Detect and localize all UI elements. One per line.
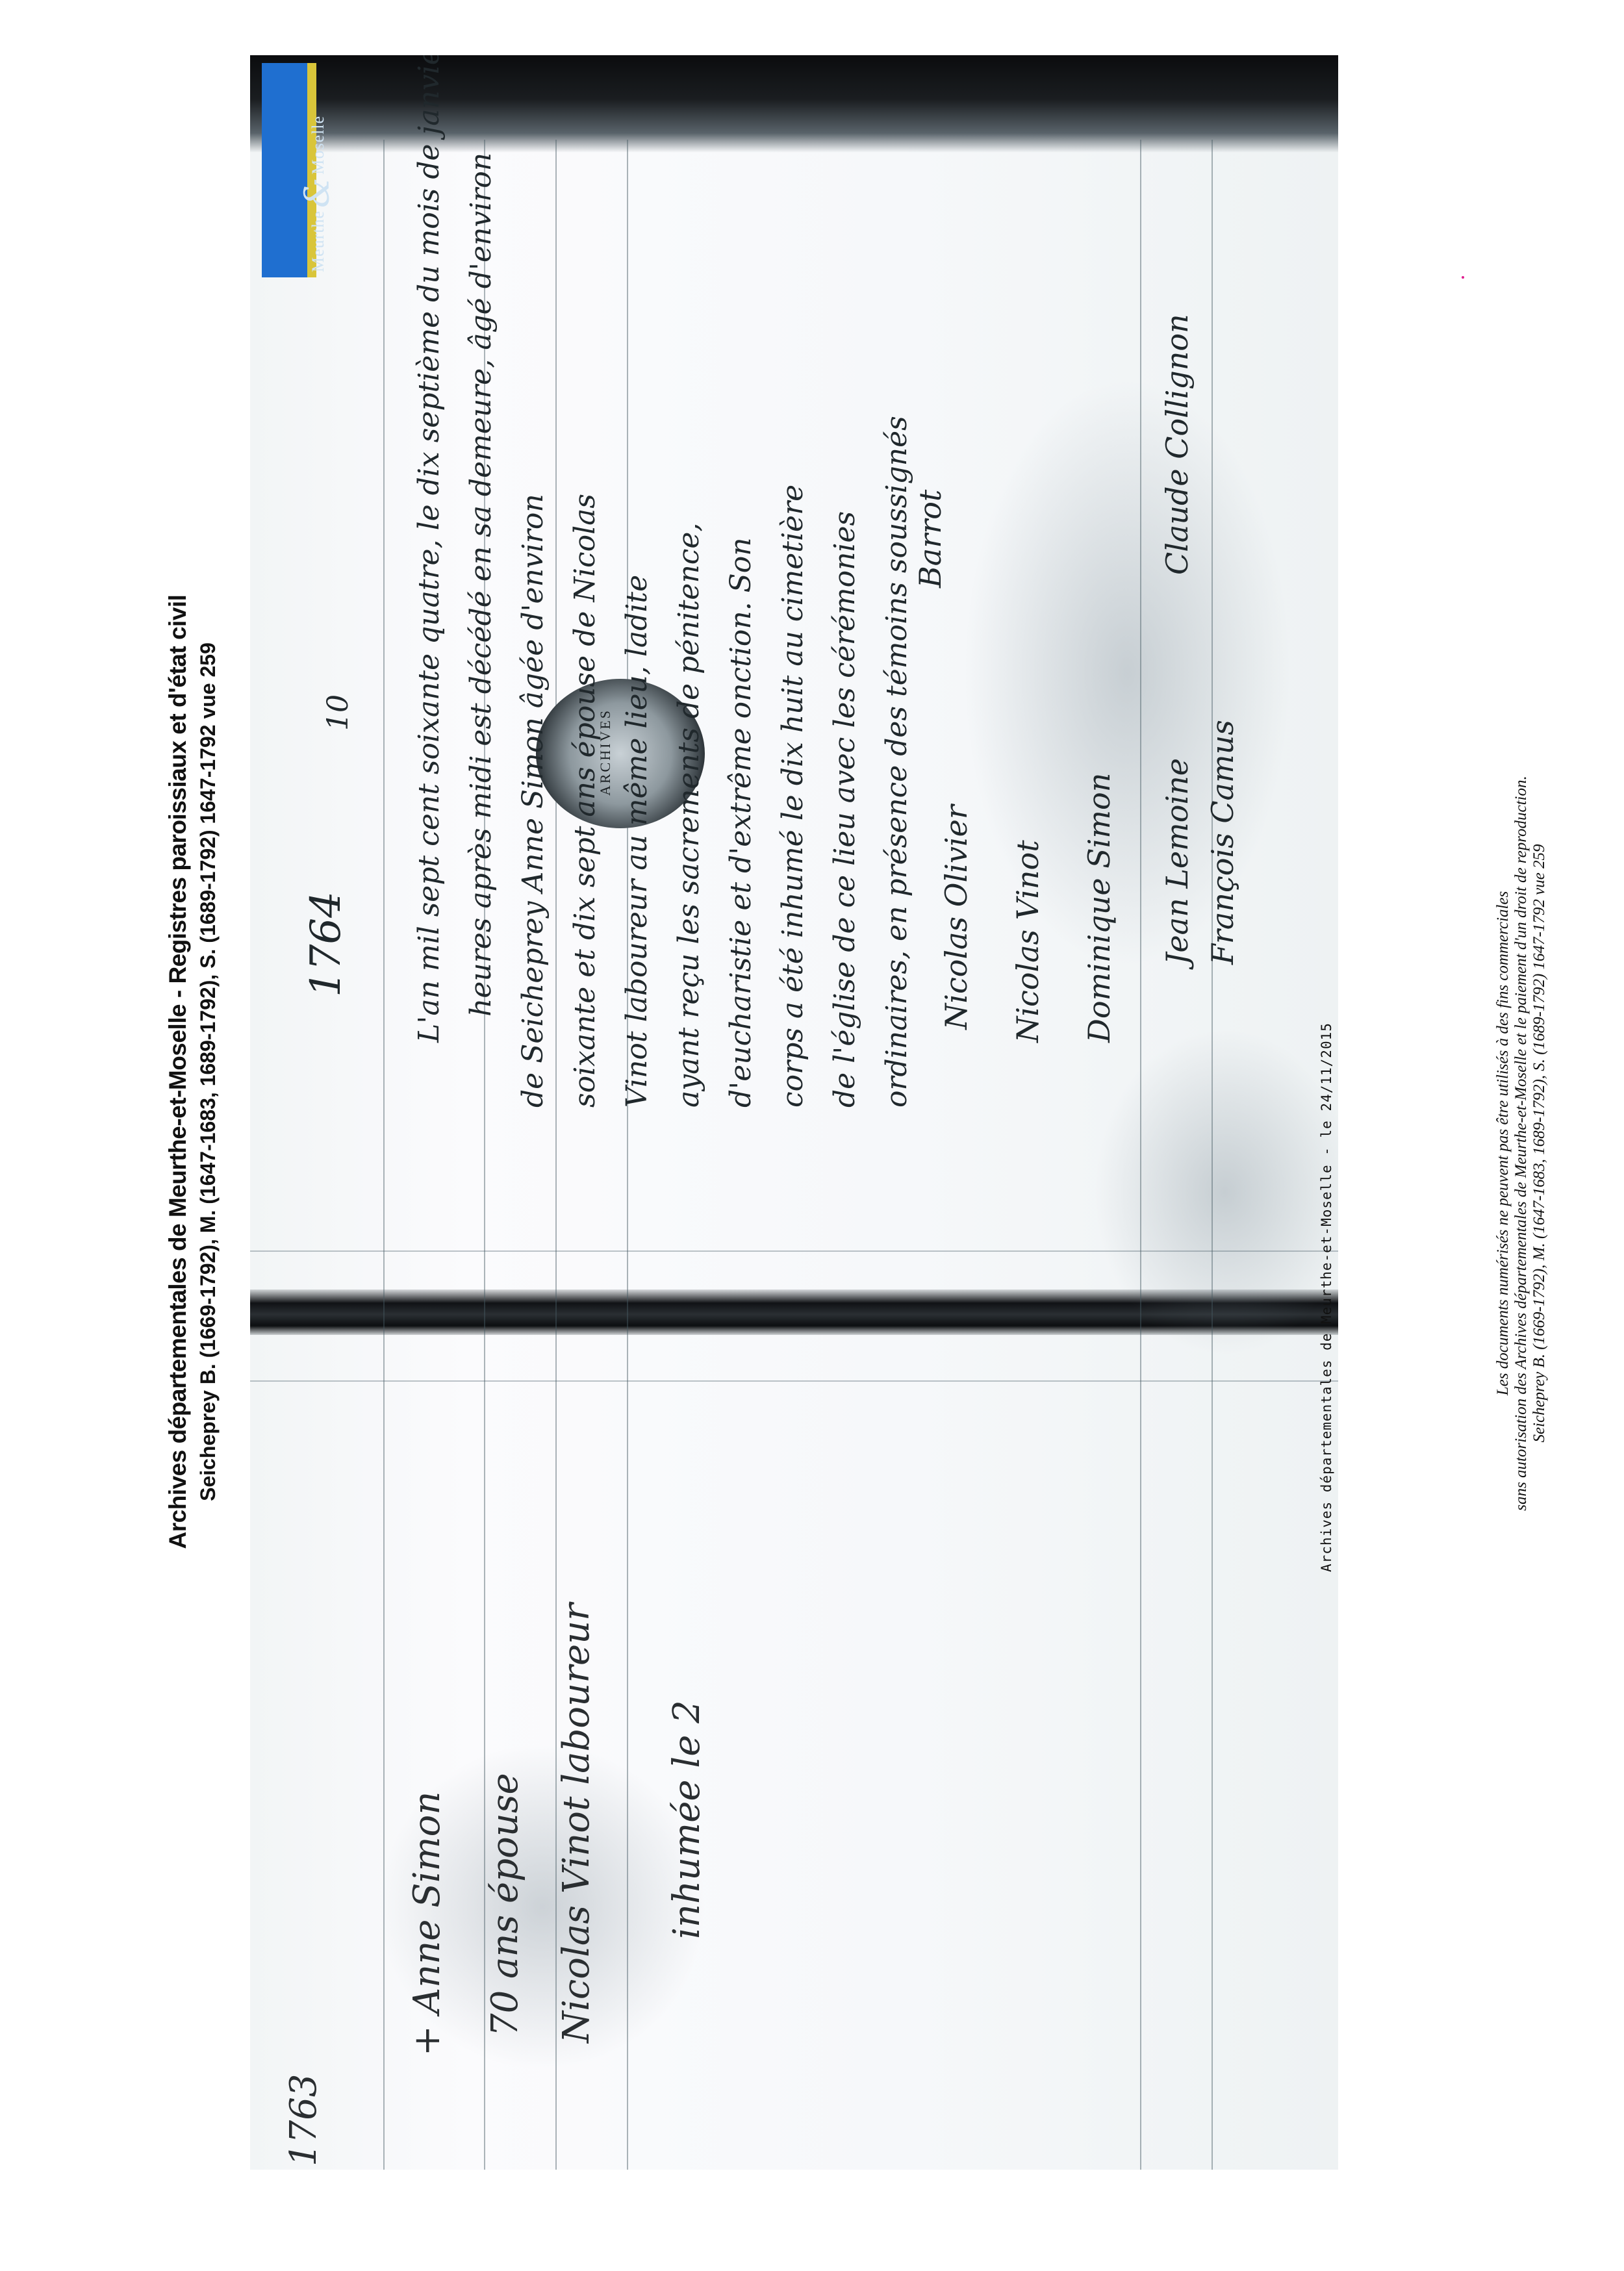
- signature: Barrot: [913, 490, 948, 588]
- entry-line: heures après midi est décédé en sa demeu…: [464, 153, 498, 1017]
- entry-line: d'eucharistie et d'extrême onction. Son: [724, 537, 757, 1108]
- entry-line: ayant reçu les sacrements de pénitence,: [672, 523, 705, 1108]
- ruled-line: [1212, 140, 1213, 2170]
- logo-text-left: Meurthe: [309, 210, 327, 272]
- archive-title: Archives départementales de Meurthe-et-M…: [162, 195, 194, 1949]
- entry-line: corps a été inhumé le dix huit au cimeti…: [776, 485, 809, 1108]
- disclaimer-line: Les documents numérisés ne peuvent pas ê…: [1494, 721, 1512, 1566]
- margin-note: + Anne Simon: [406, 1792, 448, 2056]
- archive-watermark: Archives départementales de Meurthe-et-M…: [1319, 1022, 1334, 1572]
- entry-number: 10: [322, 694, 355, 731]
- signature: Nicolas Olivier: [939, 805, 974, 1030]
- meurthe-et-moselle-logo: Meurthe&Moselle: [262, 63, 316, 277]
- signature: Dominique Simon: [1082, 773, 1117, 1043]
- signature: Claude Collignon: [1160, 314, 1195, 575]
- logo-text-right: Moselle: [309, 116, 327, 175]
- ruled-line: [250, 1380, 1338, 1382]
- margin-note: Nicolas Vinot laboureur: [555, 1603, 598, 2043]
- signature: Jean Lemoine: [1160, 758, 1195, 965]
- document-header: Archives départementales de Meurthe-et-M…: [162, 195, 222, 1949]
- signature: François Camus: [1205, 720, 1240, 965]
- entry-line: ordinaires, en présence des témoins sous…: [880, 416, 913, 1108]
- entry-line: soixante et dix sept ans épouse de Nicol…: [568, 494, 602, 1108]
- entry-line: L'an mil sept cent soixante quatre, le d…: [412, 55, 446, 1043]
- signature: Nicolas Vinot: [1010, 840, 1045, 1043]
- ink-speck: [1462, 276, 1464, 279]
- ruled-line: [383, 140, 385, 2170]
- ruled-line: [627, 140, 628, 2170]
- scan-smudge: [1095, 1030, 1338, 1354]
- logo-ampersand: &: [298, 177, 337, 208]
- entry-line: de l'église de ce lieu avec les cérémoni…: [828, 511, 861, 1108]
- entry-line: Vinot laboureur au même lieu, ladite: [620, 575, 653, 1108]
- margin-note: 70 ans épouse: [484, 1773, 526, 2036]
- usage-disclaimer: Les documents numérisés ne peuvent pas ê…: [1494, 721, 1549, 1566]
- disclaimer-line: sans autorisation des Archives départeme…: [1512, 721, 1530, 1566]
- margin-note: inhumée le 2: [666, 1700, 708, 1939]
- ruled-line: [250, 1250, 1338, 1252]
- year-marker: 1764: [302, 891, 350, 997]
- archive-subtitle: Seicheprey B. (1669-1792), M. (1647-1683…: [194, 195, 222, 1949]
- entry-line: de Seicheprey Anne Simon âgée d'environ: [516, 494, 550, 1108]
- ruled-line: [1140, 140, 1141, 2170]
- scanned-register-page: Meurthe&Moselle ARCHIVES 1764 1763 10 L'…: [250, 55, 1338, 2170]
- disclaimer-line: Seicheprey B. (1669-1792), M. (1647-1683…: [1530, 721, 1549, 1566]
- year-marker-left: 1763: [283, 2074, 325, 2166]
